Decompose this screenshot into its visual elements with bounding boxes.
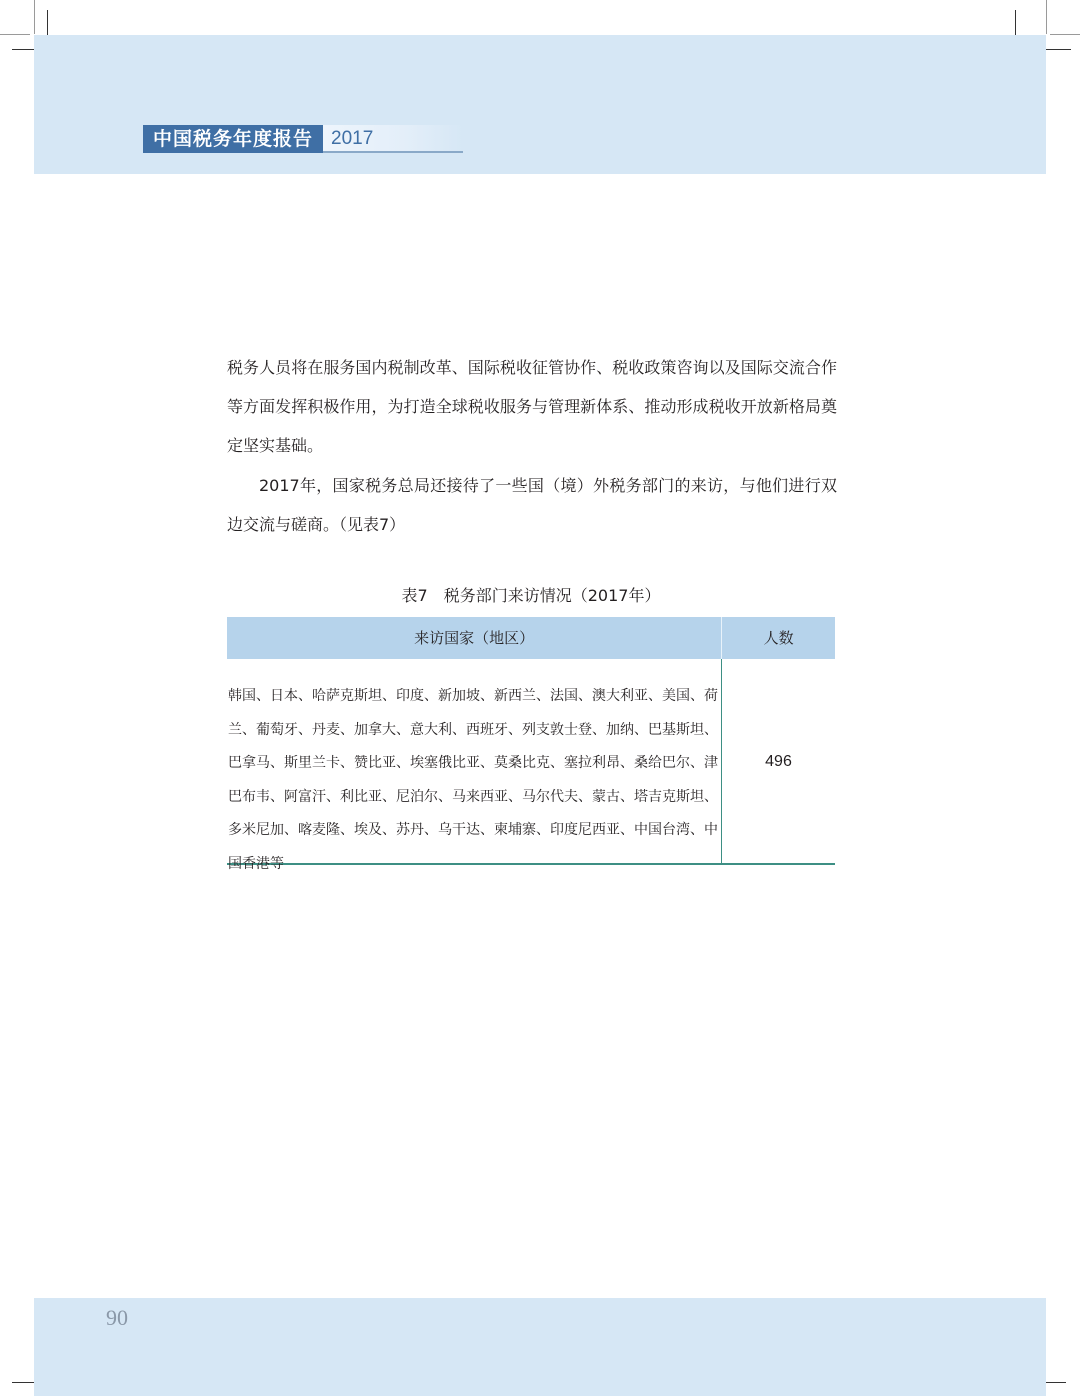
- report-year: 2017: [323, 125, 463, 153]
- body-paragraph: 2017年，国家税务总局还接待了一些国（境）外税务部门的来访，与他们进行双边交流…: [227, 466, 837, 544]
- table-row: 韩国、日本、哈萨克斯坦、印度、新加坡、新西兰、法国、澳大利亚、美国、荷兰、葡萄牙…: [227, 659, 835, 865]
- crop-mark: [1046, 0, 1047, 34]
- countries-cell: 韩国、日本、哈萨克斯坦、印度、新加坡、新西兰、法国、澳大利亚、美国、荷兰、葡萄牙…: [227, 659, 722, 863]
- running-header: 中国税务年度报告 2017: [143, 125, 463, 153]
- footer-band: [34, 1298, 1046, 1396]
- column-header-countries: 来访国家（地区）: [227, 617, 721, 659]
- body-paragraph: 税务人员将在服务国内税制改革、国际税收征管协作、税收政策咨询以及国际交流合作等方…: [227, 348, 837, 465]
- count-cell: 496: [722, 659, 835, 863]
- crop-mark: [34, 0, 35, 34]
- crop-mark: [1045, 49, 1071, 50]
- table-header-row: 来访国家（地区） 人数: [227, 617, 835, 659]
- crop-mark: [1050, 34, 1080, 35]
- visits-table: 来访国家（地区） 人数 韩国、日本、哈萨克斯坦、印度、新加坡、新西兰、法国、澳大…: [227, 617, 835, 865]
- crop-mark: [0, 34, 30, 35]
- header-band: [34, 35, 1046, 174]
- report-title: 中国税务年度报告: [143, 125, 323, 153]
- table-caption: 表7 税务部门来访情况（2017年）: [227, 584, 835, 608]
- crop-mark: [1015, 10, 1016, 38]
- crop-mark: [47, 10, 48, 38]
- page-number: 90: [106, 1305, 128, 1331]
- column-header-count: 人数: [721, 617, 835, 659]
